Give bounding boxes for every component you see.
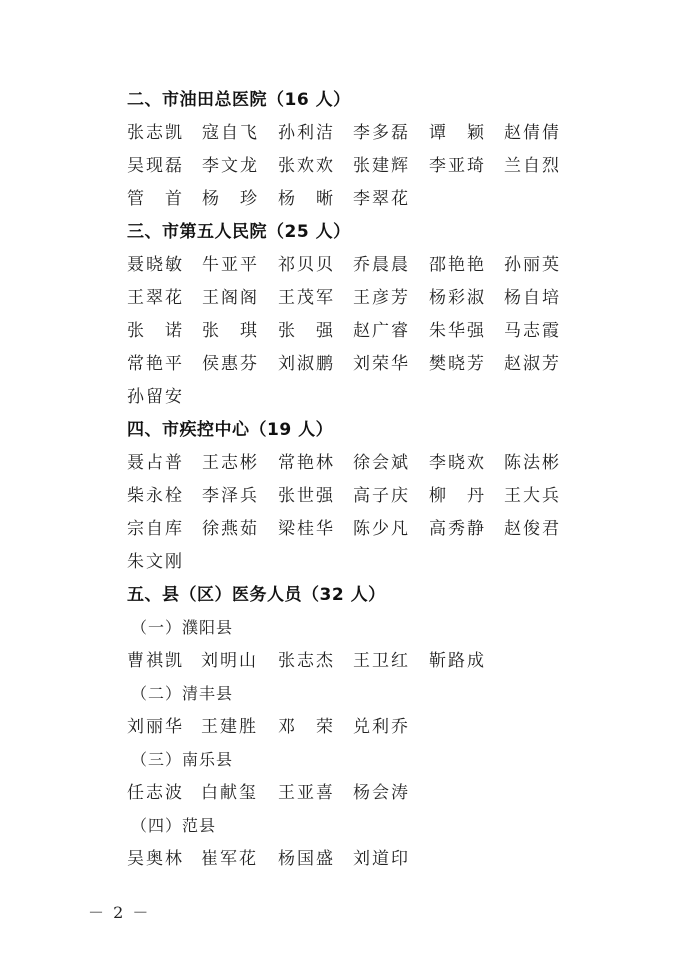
section-heading-county-staff: 五、县（区）医务人员（32 人） (127, 581, 567, 614)
person-name: 赵倩倩 (504, 119, 560, 147)
person-name: 朱华强 (429, 317, 485, 345)
person-name: 李晓欢 (429, 449, 485, 477)
name-row: 聂占普 王志彬 常艳林 徐会斌 李晓欢 陈法彬 (127, 449, 567, 482)
name-row: 常艳平 侯惠芬 刘淑鹏 刘荣华 樊晓芳 赵淑芳 (127, 350, 567, 383)
person-name: 兑利乔 (353, 713, 409, 741)
person-name: 聂晓敏 (127, 251, 183, 279)
person-name: 樊晓芳 (429, 350, 485, 378)
name-row: 张 诺 张 琪 张 强 赵广睿 朱华强 马志霞 (127, 317, 567, 350)
person-name: 陈法彬 (504, 449, 560, 477)
subsection-title-nanle: （三）南乐县 (127, 746, 567, 779)
person-name: 柴永栓 (127, 482, 183, 510)
person-name: 李文龙 (202, 152, 258, 180)
name-row: 孙留安 (127, 383, 567, 416)
subsection-title-qingfeng: （二）清丰县 (127, 680, 567, 713)
person-name: 祁贝贝 (278, 251, 334, 279)
person-name: 张志凯 (127, 119, 183, 147)
person-name: 刘荣华 (353, 350, 409, 378)
person-name: 刘淑鹏 (278, 350, 334, 378)
person-name: 徐会斌 (353, 449, 409, 477)
name-list-content: 二、市油田总医院（16 人） 张志凯 寇自飞 孙利洁 李多磊 谭 颖 赵倩倩 吴… (127, 86, 567, 878)
person-name: 李泽兵 (202, 482, 258, 510)
person-name: 侯惠芬 (202, 350, 258, 378)
person-name: 谭 颖 (429, 119, 485, 147)
person-name: 宗自库 (127, 515, 183, 543)
person-name: 赵俊君 (504, 515, 560, 543)
subsection-title-fanxian: （四）范县 (127, 812, 567, 845)
person-name: 王建胜 (201, 713, 257, 741)
person-name: 王翠花 (127, 284, 183, 312)
document-page: 二、市油田总医院（16 人） 张志凯 寇自飞 孙利洁 李多磊 谭 颖 赵倩倩 吴… (0, 0, 700, 954)
person-name: 寇自飞 (202, 119, 258, 147)
person-name: 王亚喜 (278, 779, 334, 807)
person-name: 杨 珍 (202, 185, 258, 213)
person-name: 孙利洁 (278, 119, 334, 147)
person-name: 常艳林 (278, 449, 334, 477)
person-name: 王彦芳 (353, 284, 409, 312)
name-row: 张志凯 寇自飞 孙利洁 李多磊 谭 颖 赵倩倩 (127, 119, 567, 152)
person-name: 高子庆 (353, 482, 409, 510)
person-name: 杨彩淑 (429, 284, 485, 312)
person-name: 梁桂华 (278, 515, 334, 543)
person-name: 乔晨晨 (353, 251, 409, 279)
person-name: 靳路成 (429, 647, 485, 675)
person-name: 刘明山 (201, 647, 257, 675)
section-heading-oilfield-hospital: 二、市油田总医院（16 人） (127, 86, 567, 119)
person-name: 赵广睿 (353, 317, 409, 345)
person-name: 孙留安 (127, 383, 183, 411)
section-heading-fifth-hospital: 三、市第五人民院（25 人） (127, 218, 567, 251)
person-name: 高秀静 (429, 515, 485, 543)
person-name: 张志杰 (278, 647, 334, 675)
person-name: 李亚琦 (429, 152, 485, 180)
name-row: 王翠花 王阁阁 王茂军 王彦芳 杨彩淑 杨自培 (127, 284, 567, 317)
person-name: 王阁阁 (202, 284, 258, 312)
subsection-title-puyang: （一）濮阳县 (127, 614, 567, 647)
name-row: 刘丽华 王建胜 邓 荣 兑利乔 (127, 713, 567, 746)
person-name: 崔军花 (201, 845, 257, 873)
person-name: 孙丽英 (504, 251, 560, 279)
person-name: 杨会涛 (353, 779, 409, 807)
person-name: 张 强 (278, 317, 334, 345)
person-name: 张欢欢 (278, 152, 334, 180)
person-name: 杨国盛 (278, 845, 334, 873)
person-name: 刘道印 (353, 845, 409, 873)
person-name: 马志霞 (504, 317, 560, 345)
person-name: 王卫红 (353, 647, 409, 675)
person-name: 王茂军 (278, 284, 334, 312)
person-name: 吴现磊 (127, 152, 183, 180)
person-name: 白献玺 (201, 779, 257, 807)
person-name: 管 首 (127, 185, 183, 213)
person-name: 吴奥林 (127, 845, 183, 873)
person-name: 王志彬 (202, 449, 258, 477)
person-name: 李翠花 (353, 185, 409, 213)
person-name: 张建辉 (353, 152, 409, 180)
name-row: 吴奥林 崔军花 杨国盛 刘道印 (127, 845, 567, 878)
person-name: 牛亚平 (202, 251, 258, 279)
name-row: 柴永栓 李泽兵 张世强 高子庆 柳 丹 王大兵 (127, 482, 567, 515)
name-row: 任志波 白献玺 王亚喜 杨会涛 (127, 779, 567, 812)
person-name: 杨自培 (504, 284, 560, 312)
person-name: 张世强 (278, 482, 334, 510)
person-name: 常艳平 (127, 350, 183, 378)
person-name: 赵淑芳 (504, 350, 560, 378)
person-name: 陈少凡 (353, 515, 409, 543)
person-name: 张 诺 (127, 317, 183, 345)
person-name: 杨 晰 (278, 185, 334, 213)
name-row: 吴现磊 李文龙 张欢欢 张建辉 李亚琦 兰自烈 (127, 152, 567, 185)
name-row: 曹祺凯 刘明山 张志杰 王卫红 靳路成 (127, 647, 567, 680)
person-name: 李多磊 (353, 119, 409, 147)
name-row: 朱文刚 (127, 548, 567, 581)
person-name: 刘丽华 (127, 713, 183, 741)
person-name: 邵艳艳 (429, 251, 485, 279)
person-name: 聂占普 (127, 449, 183, 477)
person-name: 柳 丹 (429, 482, 485, 510)
name-row: 宗自库 徐燕茹 梁桂华 陈少凡 高秀静 赵俊君 (127, 515, 567, 548)
name-row: 聂晓敏 牛亚平 祁贝贝 乔晨晨 邵艳艳 孙丽英 (127, 251, 567, 284)
person-name: 朱文刚 (127, 548, 183, 576)
person-name: 任志波 (127, 779, 183, 807)
person-name: 徐燕茹 (202, 515, 258, 543)
page-number: － 2 － (88, 900, 150, 923)
person-name: 邓 荣 (278, 713, 334, 741)
person-name: 兰自烈 (504, 152, 560, 180)
person-name: 张 琪 (202, 317, 258, 345)
person-name: 王大兵 (504, 482, 560, 510)
name-row: 管 首 杨 珍 杨 晰 李翠花 (127, 185, 567, 218)
person-name: 曹祺凯 (127, 647, 183, 675)
section-heading-cdc: 四、市疾控中心（19 人） (127, 416, 567, 449)
